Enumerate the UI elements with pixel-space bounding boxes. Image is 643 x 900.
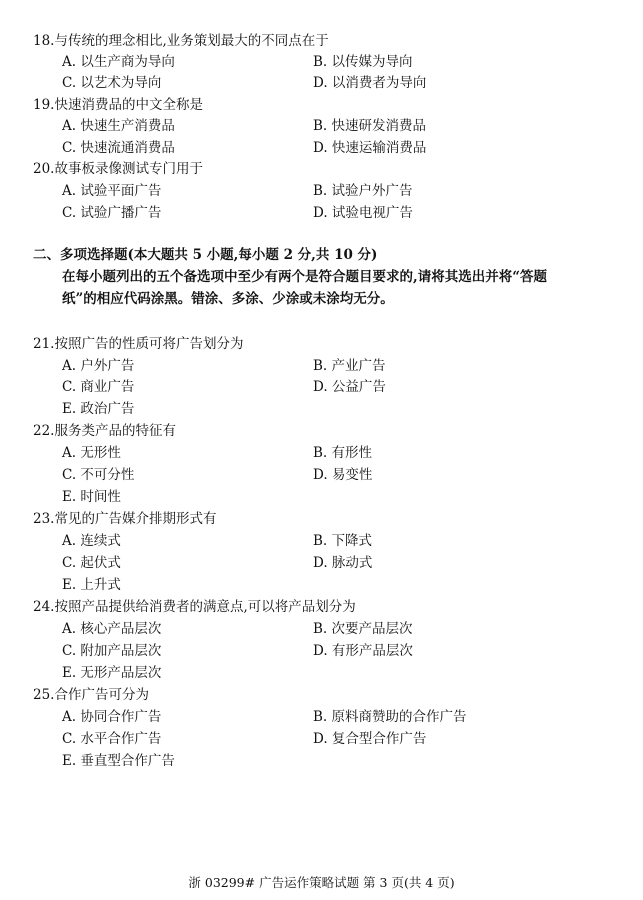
question-text: 按照广告的性质可将广告划分为 (54, 336, 243, 352)
question-22-option-e: E. 时间性 (62, 488, 121, 506)
question-22-stem: 22.服务类产品的特征有 (33, 422, 176, 440)
question-25-option-b: B. 原料商赞助的合作广告 (313, 708, 467, 726)
question-23-option-d: D. 脉动式 (313, 554, 372, 572)
question-18-stem: 18.与传统的理念相比,业务策划最大的不同点在于 (33, 32, 329, 50)
page-footer: 浙 03299# 广告运作策略试题 第 3 页(共 4 页) (0, 874, 643, 892)
question-18-option-d: D. 以消费者为导向 (313, 74, 426, 92)
question-text: 服务类产品的特征有 (54, 423, 176, 439)
question-number: 25. (33, 687, 54, 703)
question-25-option-a: A. 协同合作广告 (62, 708, 161, 726)
question-23-option-e: E. 上升式 (62, 576, 121, 594)
question-20-option-d: D. 试验电视广告 (313, 204, 413, 222)
question-24-option-b: B. 次要产品层次 (313, 620, 413, 638)
section-instruction-line2: 纸”的相应代码涂黑。错涂、多涂、少涂或未涂均无分。 (62, 290, 394, 308)
question-21-option-d: D. 公益广告 (313, 378, 386, 396)
question-18-option-b: B. 以传媒为导向 (313, 53, 413, 71)
question-22-option-b: B. 有形性 (313, 444, 372, 462)
question-number: 19. (33, 97, 54, 113)
question-23-option-a: A. 连续式 (62, 532, 121, 550)
question-text: 常见的广告媒介排期形式有 (54, 511, 216, 527)
question-text: 按照产品提供给消费者的满意点,可以将产品划分为 (54, 599, 355, 615)
question-text: 快速消费品的中文全称是 (54, 97, 203, 113)
question-22-option-c: C. 不可分性 (62, 466, 134, 484)
question-25-option-e: E. 垂直型合作广告 (62, 752, 175, 770)
question-number: 20. (33, 161, 54, 177)
question-number: 22. (33, 423, 54, 439)
question-number: 24. (33, 599, 54, 615)
question-19-option-b: B. 快速研发消费品 (313, 117, 426, 135)
question-number: 21. (33, 336, 54, 352)
question-25-option-d: D. 复合型合作广告 (313, 730, 426, 748)
question-24-stem: 24.按照产品提供给消费者的满意点,可以将产品划分为 (33, 598, 356, 616)
question-21-stem: 21.按照广告的性质可将广告划分为 (33, 335, 243, 353)
question-21-option-a: A. 户外广告 (62, 357, 134, 375)
question-21-option-e: E. 政治广告 (62, 400, 134, 418)
question-number: 18. (33, 33, 54, 49)
question-25-option-c: C. 水平合作广告 (62, 730, 161, 748)
question-19-stem: 19.快速消费品的中文全称是 (33, 96, 203, 114)
section-title: 二、多项选择题(本大题共 5 小题,每小题 2 分,共 10 分) (33, 246, 377, 264)
question-25-stem: 25.合作广告可分为 (33, 686, 149, 704)
question-number: 23. (33, 511, 54, 527)
question-23-stem: 23.常见的广告媒介排期形式有 (33, 510, 216, 528)
question-21-option-b: B. 产业广告 (313, 357, 386, 375)
question-20-option-b: B. 试验户外广告 (313, 182, 413, 200)
question-text: 故事板录像测试专门用于 (54, 161, 203, 177)
question-text: 与传统的理念相比,业务策划最大的不同点在于 (54, 33, 328, 49)
question-23-option-b: B. 下降式 (313, 532, 372, 550)
question-19-option-d: D. 快速运输消费品 (313, 139, 426, 157)
question-18-option-a: A. 以生产商为导向 (62, 53, 175, 71)
question-21-option-c: C. 商业广告 (62, 378, 134, 396)
question-24-option-c: C. 附加产品层次 (62, 642, 161, 660)
question-text: 合作广告可分为 (54, 687, 149, 703)
question-22-option-d: D. 易变性 (313, 466, 372, 484)
question-20-option-a: A. 试验平面广告 (62, 182, 161, 200)
question-19-option-a: A. 快速生产消费品 (62, 117, 175, 135)
question-23-option-c: C. 起伏式 (62, 554, 121, 572)
question-20-stem: 20.故事板录像测试专门用于 (33, 160, 203, 178)
question-24-option-a: A. 核心产品层次 (62, 620, 161, 638)
question-24-option-e: E. 无形产品层次 (62, 664, 161, 682)
question-20-option-c: C. 试验广播广告 (62, 204, 161, 222)
question-19-option-c: C. 快速流通消费品 (62, 139, 175, 157)
section-instruction-line1: 在每小题列出的五个备选项中至少有两个是符合题目要求的,请将其选出并将“答题 (62, 268, 547, 286)
question-22-option-a: A. 无形性 (62, 444, 121, 462)
question-24-option-d: D. 有形产品层次 (313, 642, 413, 660)
question-18-option-c: C. 以艺术为导向 (62, 74, 161, 92)
